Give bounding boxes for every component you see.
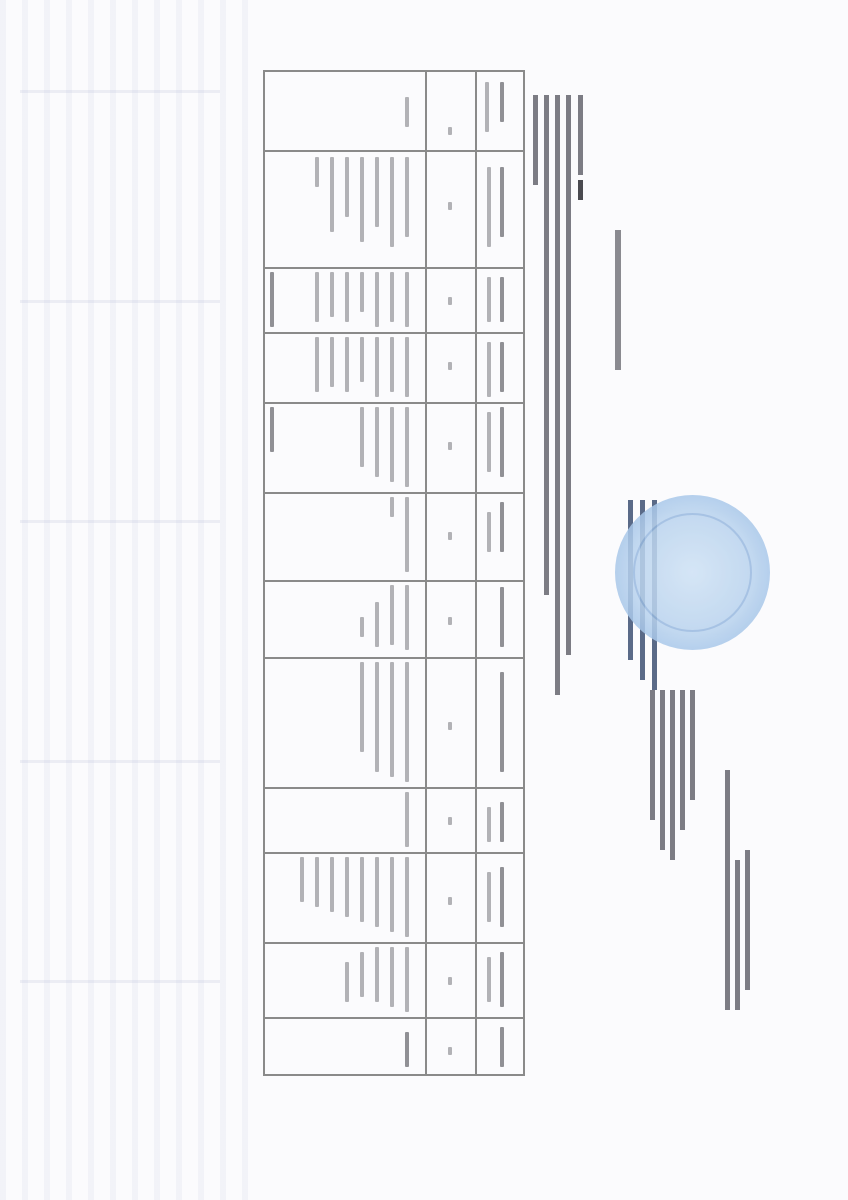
scan-bleed-through [0,0,250,1200]
row-divider [265,492,523,494]
row-divider [265,267,523,269]
bleed-line [20,520,220,523]
row-divider [265,942,523,944]
row-divider [265,402,523,404]
official-stamp [615,495,770,650]
bleed-line [20,300,220,303]
row-divider [265,332,523,334]
document-title [615,230,621,370]
row-divider [265,657,523,659]
column-divider [475,72,477,1074]
row-divider [265,1017,523,1019]
row-divider [265,580,523,582]
bleed-line [20,760,220,763]
data-table [263,70,525,1076]
bleed-line [20,90,220,93]
bleed-line [20,980,220,983]
row-divider [265,787,523,789]
column-divider [425,72,427,1074]
row-divider [265,150,523,152]
row-divider [265,852,523,854]
